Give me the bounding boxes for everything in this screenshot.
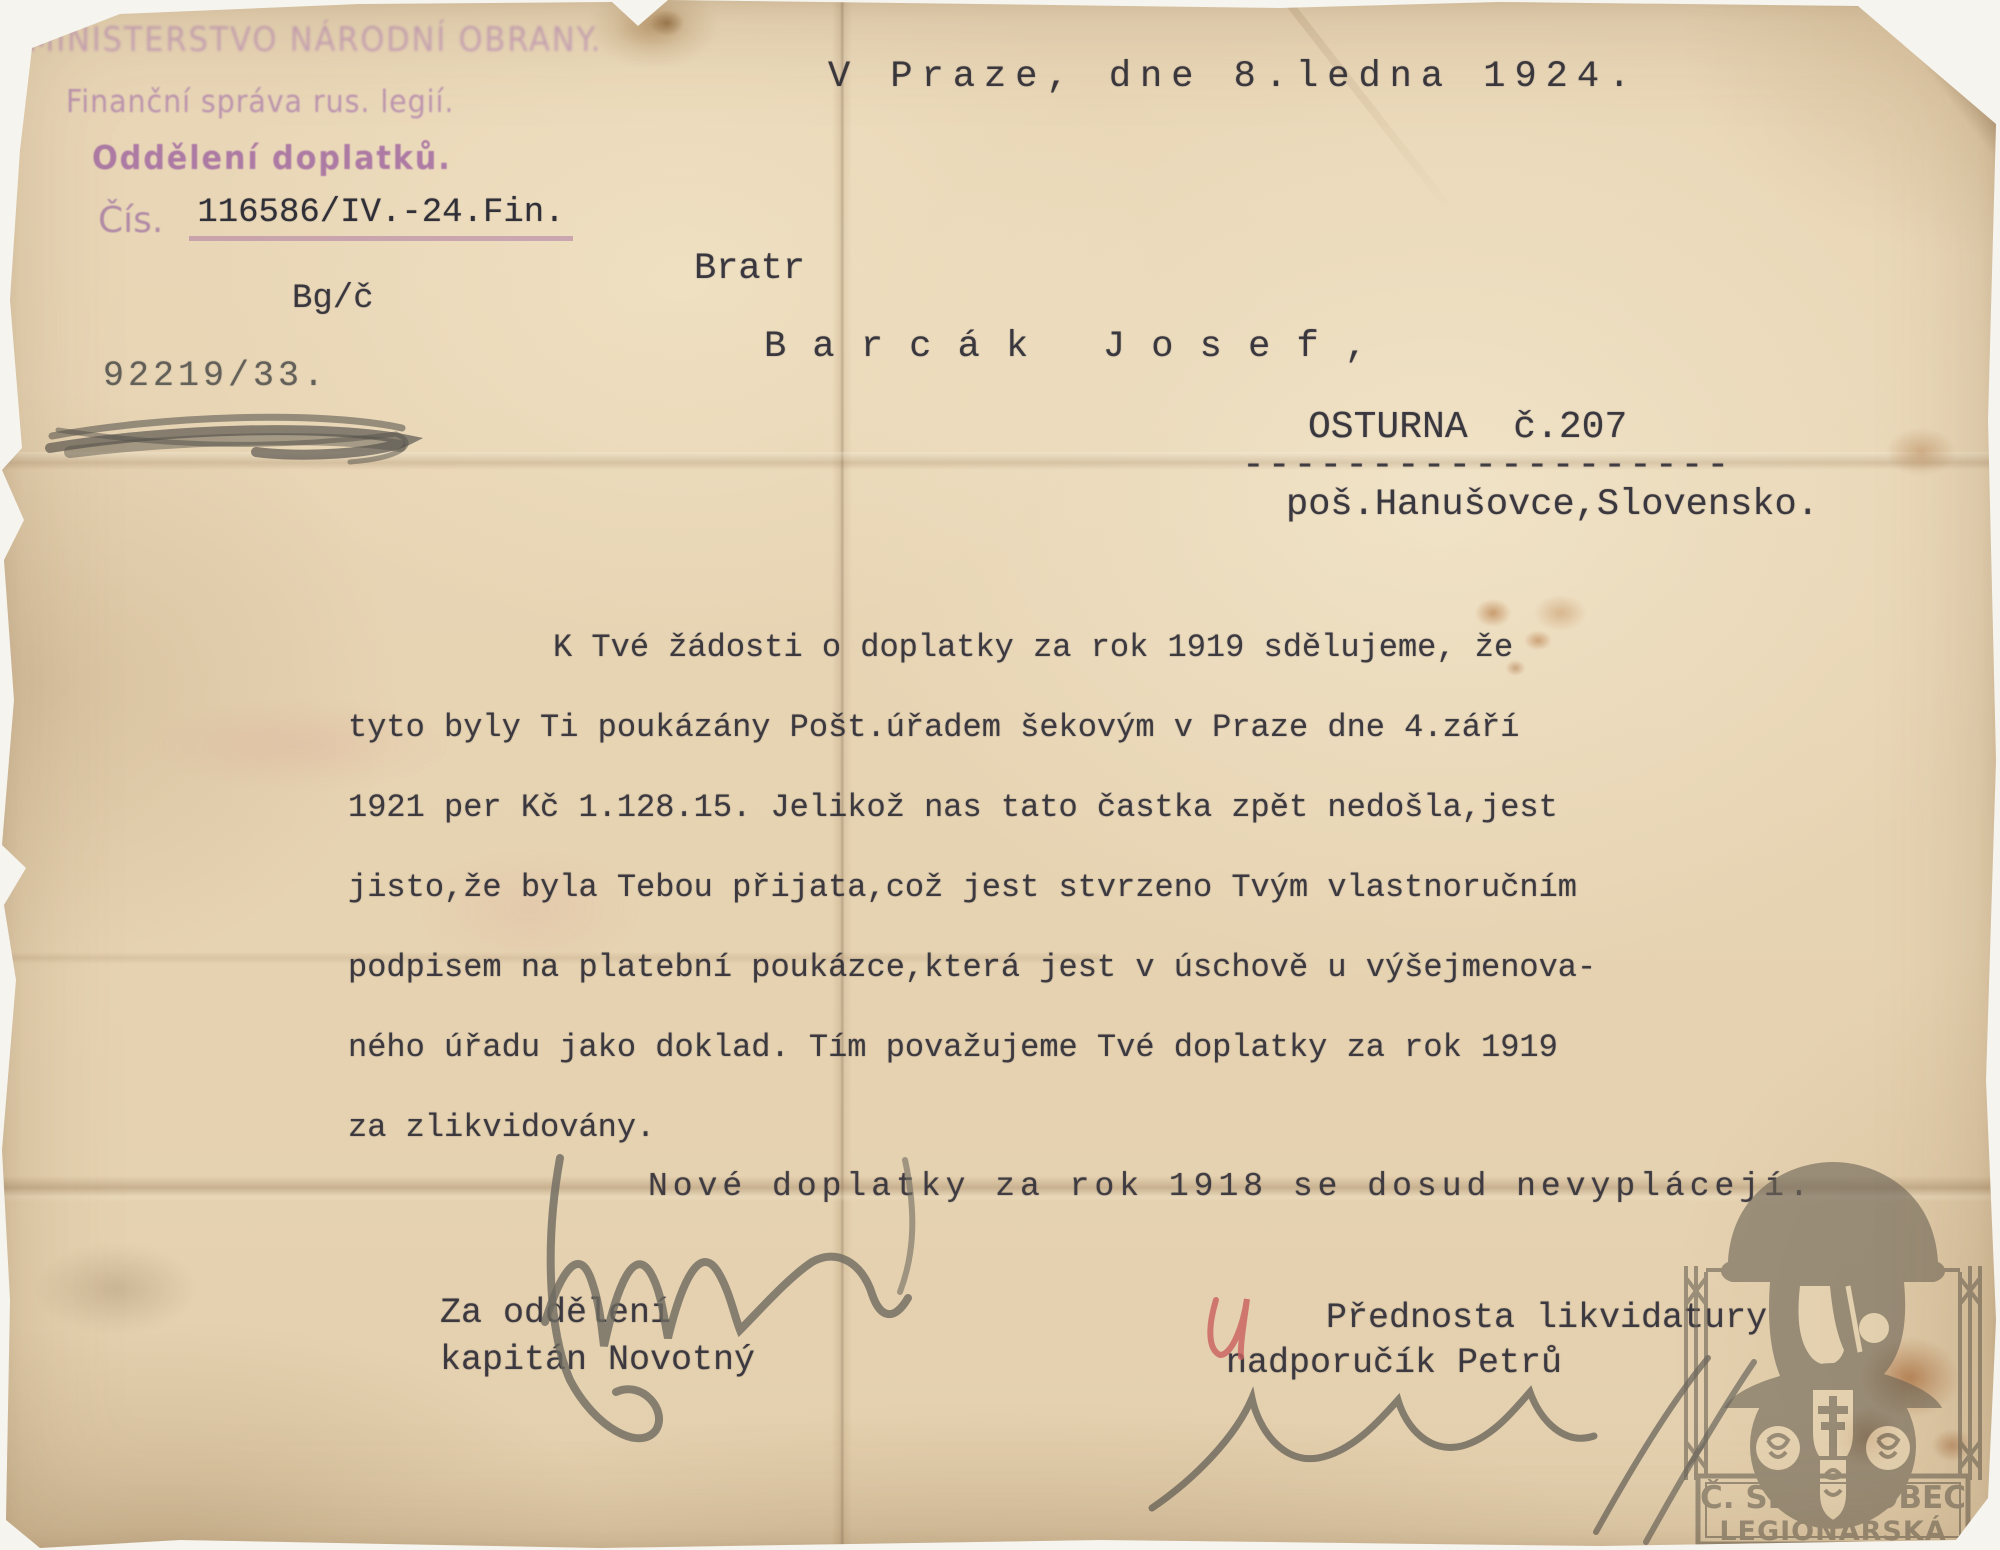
pencil-reference-number: 92219/33.: [103, 356, 328, 396]
addressee-place: OSTURNA č.207: [1308, 406, 1627, 449]
body-line: 1921 per Kč 1.128.15. Jelikož nas tato č…: [348, 768, 1648, 848]
signature-block-left: Za oddělení kapitán Novotný: [440, 1290, 755, 1384]
body-line: za zlikvidovány.: [348, 1088, 1648, 1168]
signer-role: Za oddělení: [440, 1290, 755, 1337]
letterhead-department-line: Finanční správa rus. legií.: [66, 84, 454, 120]
signer-name: kapitán Novotný: [440, 1337, 755, 1384]
addressee-post-office: poš.Hanušovce,Slovensko.: [1286, 484, 1819, 526]
letter-body: K Tvé žádosti o doplatky za rok 1919 sdě…: [348, 608, 1648, 1168]
address-divider: -------------------: [1242, 444, 1732, 487]
body-line: ného úřadu jako doklad. Tím považujeme T…: [348, 1008, 1648, 1088]
body-line: jisto,že byla Tebou přijata,což jest stv…: [348, 848, 1648, 928]
letterhead-ministry-line: MINISTERSTVO NÁRODNÍ OBRANY.: [28, 20, 602, 60]
body-line: podpisem na platební poukázce,která jest…: [348, 928, 1648, 1008]
clerk-initials: Bg/č: [292, 280, 374, 318]
body-line: tyto byly Ti poukázány Pošt.úřadem šekov…: [348, 688, 1648, 768]
watermark-org-left: Č. SL.: [1700, 1480, 1799, 1516]
file-number-label: Čís.: [98, 200, 163, 241]
letter-paper: MINISTERSTVO NÁRODNÍ OBRANY. Finanční sp…: [0, 0, 2000, 1550]
diagonal-crease-top-right: [1250, 0, 1459, 220]
letterhead-section-line: Oddělení doplatků.: [92, 138, 452, 177]
watermark-org-bottom: LEGIONÁŘSKÁ: [1672, 1516, 1994, 1547]
addressee-name: B a r c á k J o s e f ,: [764, 326, 1369, 368]
stain: [588, 0, 718, 68]
legion-association-watermark: Č. SL. OBEC LEGIONÁŘSKÁ: [1672, 1146, 1994, 1550]
body-line: K Tvé žádosti o doplatky za rok 1919 sdě…: [348, 608, 1648, 688]
file-number-value: 116586/IV.-24.Fin.: [189, 194, 572, 241]
dateline: V Praze, dne 8.ledna 1924.: [828, 56, 1639, 98]
corner-fold-shadow: [1790, 0, 2000, 190]
salutation: Bratr: [694, 248, 805, 290]
postscript-note: Nové doplatky za rok 1918 se dosud nevyp…: [648, 1168, 1814, 1205]
watermark-org-row: Č. SL. OBEC: [1686, 1480, 1980, 1516]
stain: [36, 1244, 196, 1334]
stain: [650, 10, 684, 36]
file-number-row: Čís. 116586/IV.-24.Fin.: [98, 194, 573, 241]
watermark-org-right: OBEC: [1872, 1480, 1966, 1516]
